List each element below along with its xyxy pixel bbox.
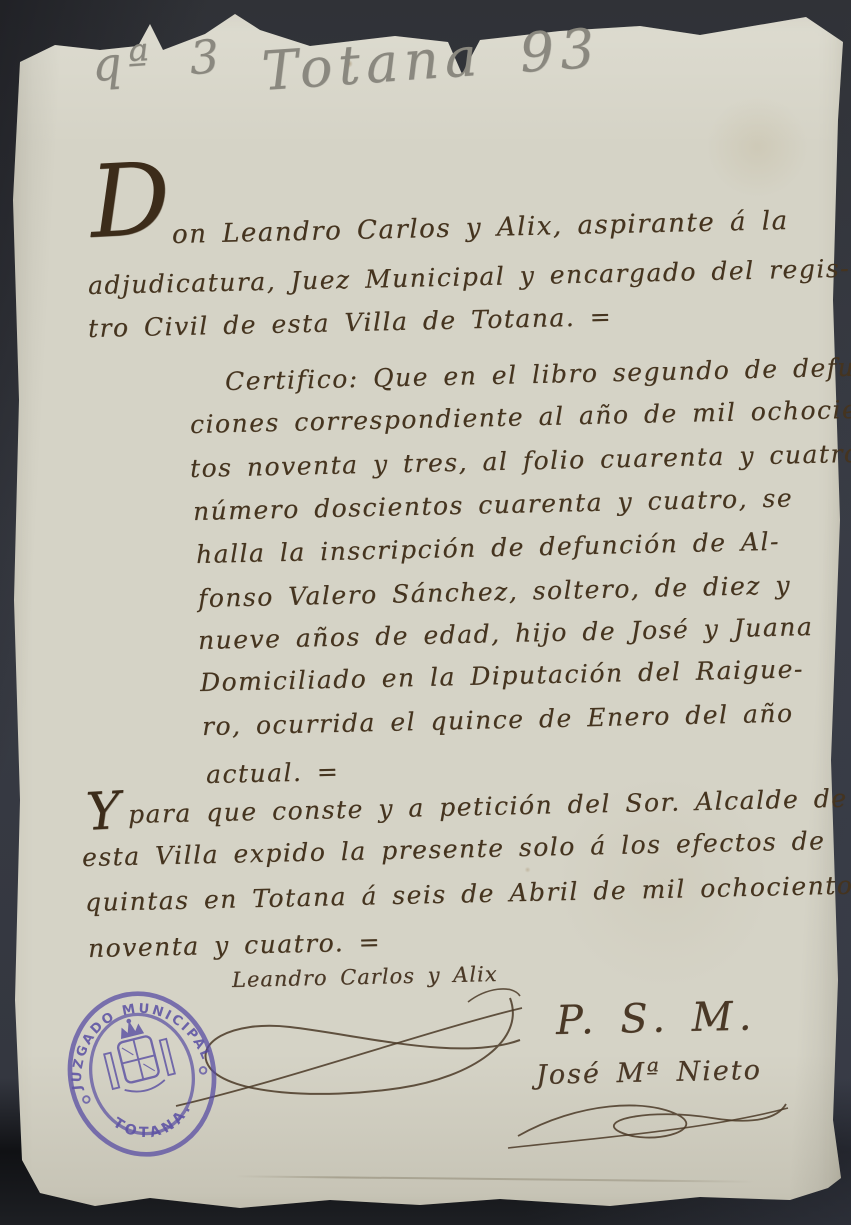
pencil-annotation-left: qª 3 xyxy=(90,29,227,92)
psm-formula: P. S. M. xyxy=(555,993,757,1044)
judge-signature-flourish xyxy=(500,1088,800,1158)
closing-dropcap: Y xyxy=(84,781,121,843)
stamp-ornament-circle xyxy=(82,1096,90,1104)
opening-dropcap: D xyxy=(87,140,173,261)
certification-line: actual. = xyxy=(206,757,340,789)
judge-signature: José Mª Nieto xyxy=(536,1055,763,1091)
scanned-document-photo: qª 3 Totana 93 D on Leandro Carlos y Ali… xyxy=(0,0,851,1225)
